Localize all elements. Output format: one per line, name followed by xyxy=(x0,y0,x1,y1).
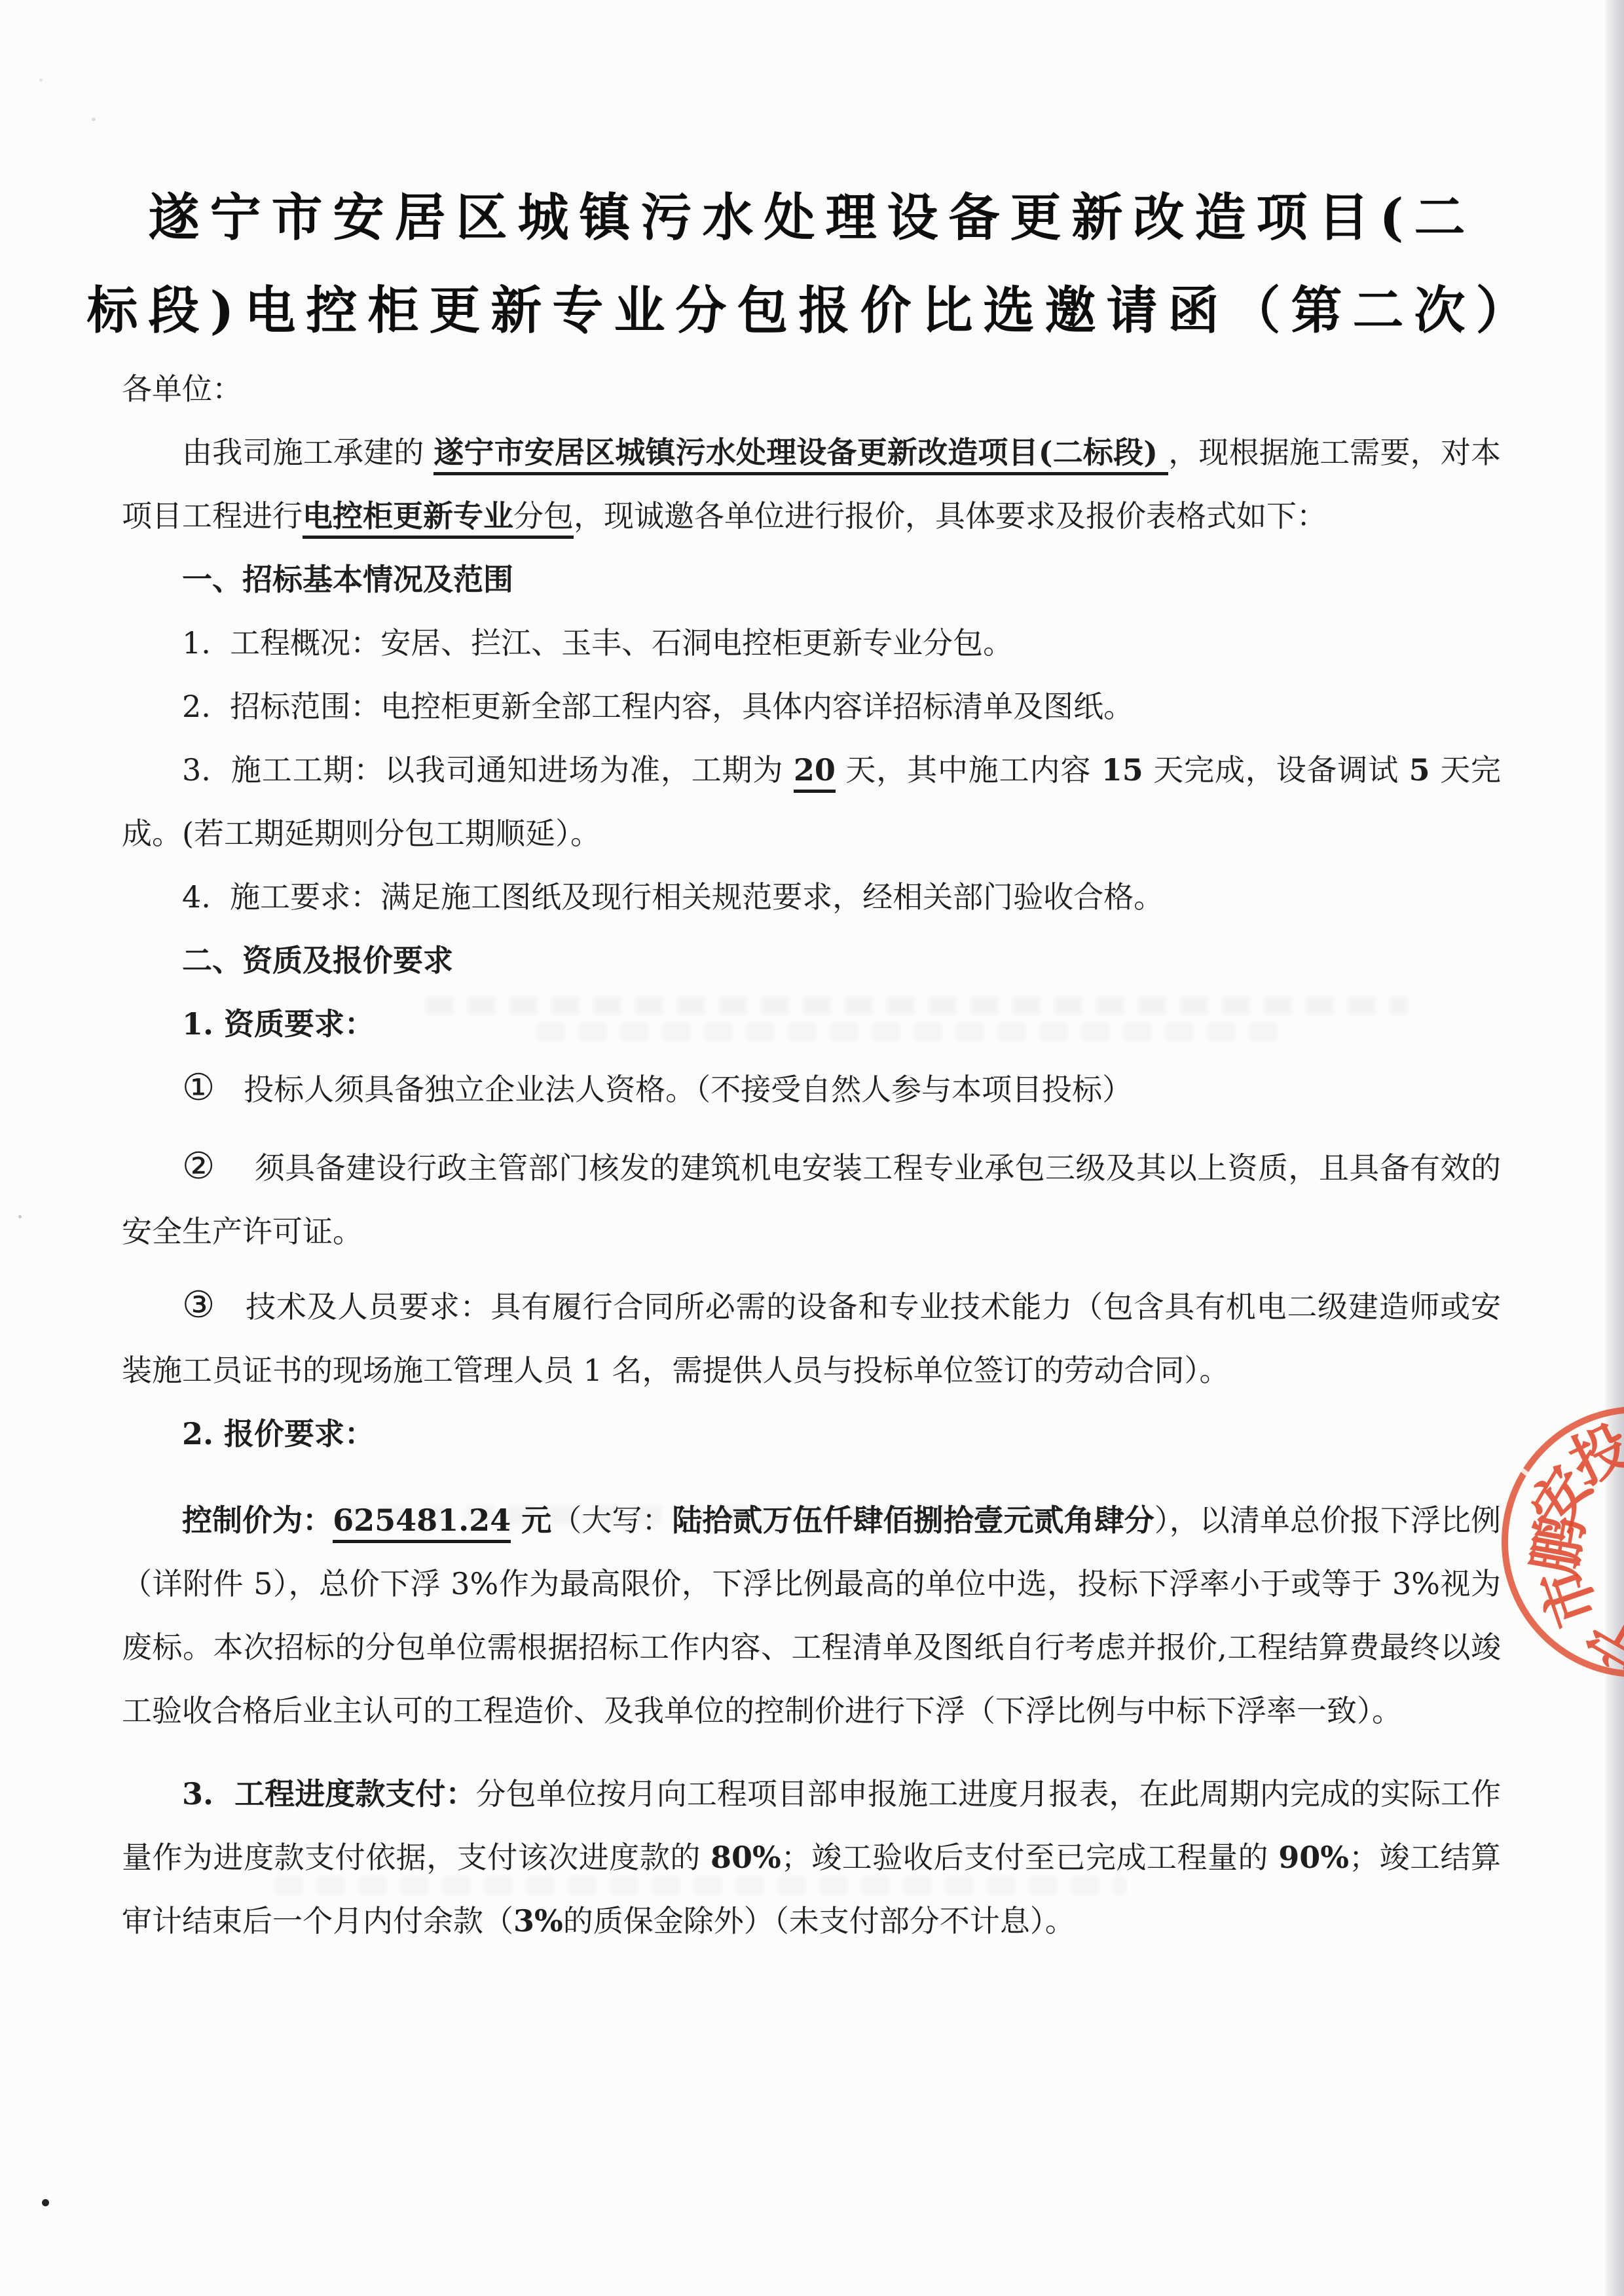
item-3-construction-period: 3. 施工工期：以我司通知进场为准，工期为 20 天，其中施工内容 15 天完成… xyxy=(122,738,1501,866)
text-segment: 2. 报价要求： xyxy=(182,1416,375,1451)
item-circled-2: ② 须具备建设行政主管部门核发的建筑机电安装工程专业承包三级及其以上资质，且具备… xyxy=(122,1135,1501,1264)
text-segment: 元 xyxy=(511,1503,551,1538)
document-title-line-2: 标段)电控柜更新专业分包报价比选邀请函（第二次） xyxy=(59,264,1565,357)
circled-number: ① xyxy=(182,1066,215,1109)
text-segment: （大写： xyxy=(551,1503,672,1538)
text-segment: ；竣工验收后支付至已完成工程量的 xyxy=(781,1840,1278,1875)
text-segment: 20 xyxy=(794,752,836,793)
text-segment: 80% xyxy=(710,1840,781,1875)
circled-number: ③ xyxy=(182,1284,215,1326)
para-progress-payment: 3. 工程进度款支付：分包单位按月向工程项目部申报施工进度月报表，在此周期内完成… xyxy=(122,1762,1501,1953)
item-4-construction-requirements: 4. 施工要求：满足施工图纸及现行相关规范要求，经相关部门验收合格。 xyxy=(122,866,1501,929)
text-segment: 须具备建设行政主管部门核发的建筑机电安装工程专业承包三级及其以上资质，且具备有效… xyxy=(122,1150,1501,1249)
text-segment: 3. 工程进度款支付： xyxy=(182,1776,476,1812)
text-segment: 2. 招标范围：电控柜更新全部工程内容，具体内容详招标清单及图纸。 xyxy=(182,689,1134,724)
paragraph-list: 由我司施工承建的 遂宁市安居区城镇污水处理设备更新改造项目(二标段) ，现根据施… xyxy=(122,421,1501,1953)
document-title-line-1: 遂宁市安居区城镇污水处理设备更新改造项目(二 xyxy=(59,172,1565,264)
heading-section-1: 一、招标基本情况及范围 xyxy=(122,548,1501,611)
text-segment: 技术及人员要求：具有履行合同所必需的设备和专业技术能力（包含具有机电二级建造师或… xyxy=(122,1289,1501,1388)
text-segment: 5 xyxy=(1409,752,1430,788)
heading-quotation: 2. 报价要求： xyxy=(122,1402,1501,1466)
para-intro: 由我司施工承建的 遂宁市安居区城镇污水处理设备更新改造项目(二标段) ，现根据施… xyxy=(122,421,1501,548)
text-segment: 的质保金除外）（未支付部分不计息）。 xyxy=(563,1903,1075,1939)
text-segment: ，现诚邀各单位进行报价，具体要求及报价表格式如下： xyxy=(574,498,1327,534)
scan-speck xyxy=(39,79,43,82)
item-2-tender-scope: 2. 招标范围：电控柜更新全部工程内容，具体内容详招标清单及图纸。 xyxy=(122,675,1501,738)
scan-speck xyxy=(92,118,96,121)
scan-edge-shadow xyxy=(1607,0,1624,2296)
text-segment: 控制价为： xyxy=(182,1503,333,1538)
scan-speck xyxy=(42,2199,49,2206)
heading-qualification: 1. 资质要求： xyxy=(122,993,1501,1056)
text-segment: 3% xyxy=(513,1903,563,1939)
company-seal-stamp: 投安鹏市宁 xyxy=(1502,1406,1624,1677)
document-title: 遂宁市安居区城镇污水处理设备更新改造项目(二 标段)电控柜更新专业分包报价比选邀… xyxy=(59,172,1565,357)
scan-speck xyxy=(18,1215,22,1218)
heading-section-2: 二、资质及报价要求 xyxy=(122,929,1501,993)
salutation: 各单位： xyxy=(122,357,1501,421)
item-circled-3: ③ 技术及人员要求：具有履行合同所必需的设备和专业技术能力（包含具有机电二级建造… xyxy=(122,1273,1501,1402)
item-1-project-overview: 1. 工程概况：安居、拦江、玉丰、石洞电控柜更新专业分包。 xyxy=(122,611,1501,675)
text-segment: 一、招标基本情况及范围 xyxy=(182,562,513,597)
text-segment: 天完成，设备调试 xyxy=(1143,752,1409,788)
text-segment: 625481.24 xyxy=(333,1503,511,1543)
text-segment: 3. 施工工期：以我司通知进场为准，工期为 xyxy=(182,752,794,788)
document-body: 各单位： 由我司施工承建的 遂宁市安居区城镇污水处理设备更新改造项目(二标段) … xyxy=(122,357,1501,1953)
text-segment: 4. 施工要求：满足施工图纸及现行相关规范要求，经相关部门验收合格。 xyxy=(182,879,1164,915)
text-segment: 遂宁市安居区城镇污水处理设备更新改造项目(二标段) xyxy=(434,435,1168,475)
text-segment: 由我司施工承建的 xyxy=(182,435,434,470)
text-segment: 天，其中施工内容 xyxy=(836,752,1101,788)
text-segment: 陆拾贰万伍仟肆佰捌拾壹元贰角肆分 xyxy=(672,1503,1154,1538)
text-segment: 90% xyxy=(1278,1840,1349,1875)
text-segment: 15 xyxy=(1101,752,1143,788)
text-segment: 1. 资质要求： xyxy=(182,1006,375,1042)
text-segment: 分包 xyxy=(513,498,574,539)
item-circled-1: ① 投标人须具备独立企业法人资格。（不接受自然人参与本项目投标） xyxy=(122,1056,1501,1121)
text-segment: 1. 工程概况：安居、拦江、玉丰、石洞电控柜更新专业分包。 xyxy=(182,625,1013,661)
text-segment: 投标人须具备独立企业法人资格。（不接受自然人参与本项目投标） xyxy=(215,1072,1132,1107)
text-segment: 二、资质及报价要求 xyxy=(182,943,453,978)
para-control-price: 控制价为：625481.24 元（大写：陆拾贰万伍仟肆佰捌拾壹元贰角肆分），以清… xyxy=(122,1489,1501,1743)
text-segment: 电控柜更新专业 xyxy=(303,498,513,539)
circled-number: ② xyxy=(182,1145,215,1188)
scanned-document-page: 遂宁市安居区城镇污水处理设备更新改造项目(二 标段)电控柜更新专业分包报价比选邀… xyxy=(0,0,1624,2296)
